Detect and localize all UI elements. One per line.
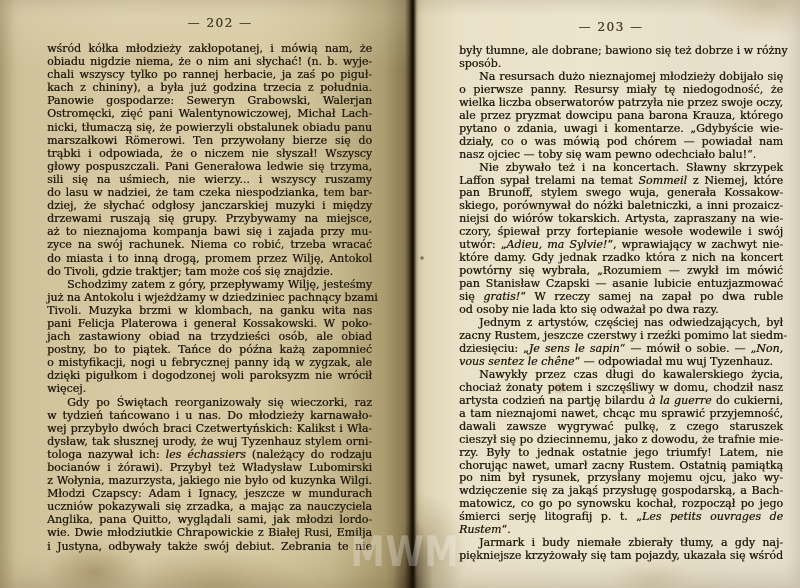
- text-line: sili się na uśmiech, nie wierzy... i wsz…: [47, 173, 372, 186]
- text-line: tologa nazywał ich: les échassiers (nale…: [47, 448, 372, 461]
- text-line: wie. Dwie młodziutkie Chrapowickie z Bia…: [47, 526, 372, 539]
- text-line: zyce na swój rachunek. Niema co robić, t…: [47, 238, 372, 251]
- text-line: Młodzi Czapscy: Adam i Ignacy, jeszcze w…: [47, 487, 372, 500]
- text-line: aż to nieznajoma kompanja bawi się i zaj…: [47, 225, 372, 238]
- text-line: Gdy po Świętach reorganizowały się wiecz…: [47, 396, 372, 409]
- text-line: do miasta i to inną drogą, promem przez …: [47, 252, 372, 265]
- text-line: chali wszyscy tylko po rannej herbacie, …: [47, 68, 372, 81]
- text-line: Nawykły przez czas długi do kawalerskieg…: [459, 369, 783, 382]
- text-line: były tłumne, ale dobrane; bawiono się te…: [459, 45, 783, 58]
- text-line: obiadu nigdzie niema, że o nim ani słych…: [47, 55, 372, 68]
- gutter-shadow: [386, 462, 438, 588]
- text-line: rzy. Były to jednak ostatnie jego triumf…: [459, 447, 783, 460]
- text-line: piękniejsze krzyżowały się tam pojazdy, …: [459, 550, 783, 563]
- text-line: dziej, że słychać odgłosy janczarskiej m…: [47, 199, 372, 212]
- text-line: i Justyna, odbywały także swój debiut. Z…: [47, 540, 372, 553]
- text-line: głowy pospuszczali. Pani Generałowa ledw…: [47, 160, 372, 173]
- page-left: — 202 — wśród kółka młodzieży zakłopotan…: [0, 0, 413, 588]
- text-line: artysta codzień na partję bilardu à la g…: [459, 395, 783, 408]
- text-line: śmierci serję litografij p. t. „Les peti…: [459, 511, 783, 537]
- text-line: Na resursach dużo nieznajomej młodzieży …: [459, 71, 783, 84]
- text-line: działy, co o was mówią pod chórem — powi…: [459, 136, 783, 149]
- text-line: a tam nieznajomi nawet, chcąc mu sprawić…: [459, 408, 783, 421]
- text-line: w tydzień tańcowano i u nas. Do młodzież…: [47, 409, 372, 422]
- text-line: Nie zbywało też i na koncertach. Sławny …: [459, 162, 783, 175]
- text-line: drzewami ruszają się grupy. Przybywamy n…: [47, 212, 372, 225]
- right-page-text: były tłumne, ale dobrane; bawiono się te…: [459, 45, 783, 563]
- text-line: już na Antokolu i wjeżdżamy w dziedzinie…: [47, 291, 372, 304]
- text-line: pytano o zdania, uwagi i komentarze. „Gd…: [459, 123, 783, 136]
- text-line: sposób.: [459, 58, 783, 71]
- text-line: marszałkowi Römerowi. Ten przywołany bie…: [47, 134, 372, 147]
- text-line: wśród kółka młodzieży zakłopotanej, i mó…: [47, 42, 372, 55]
- text-line: bocianów i żórawi). Przybył też Władysła…: [47, 461, 372, 474]
- text-line: Anglika, pana Quitto, wyglądali sami, ja…: [47, 513, 372, 526]
- left-page-text: wśród kółka młodzieży zakłopotanej, i mó…: [47, 42, 372, 553]
- text-line: wej przybyło dwóch braci Czetwertyńskich…: [47, 422, 372, 435]
- text-line: trąbki i odpowiada, że o niczem nie słys…: [47, 147, 372, 160]
- text-line: z Wołynia, mazurzysta, jakiego nie było …: [47, 474, 372, 487]
- text-line: ale przez pryzmat dowcipu pana barona Kr…: [459, 110, 783, 123]
- text-line: o mistyfikacji, nogi u febrycznej panny …: [47, 356, 372, 369]
- text-line: nicki, tłumaczą się, że powierzyli obsta…: [47, 121, 372, 134]
- text-line: zacny Rustem, jeszcze czerstwy i rzeźki …: [459, 330, 783, 343]
- book-scan: — 202 — wśród kółka młodzieży zakłopotan…: [0, 0, 800, 588]
- text-line: vous sentez le chêne“ — odpowiadał mu wu…: [459, 356, 783, 369]
- text-line: uczniów pokazywali się zrzadka, a mając …: [47, 500, 372, 513]
- text-line: chociaż żonaty potem i szczęśliwy w domu…: [459, 382, 783, 395]
- text-line: do lasu w nadziei, że tam czeka niespodz…: [47, 186, 372, 199]
- text-line: cieszył się po dziecinnemu, jako z dowod…: [459, 434, 783, 447]
- text-line: o pierwsze panny. Resursy miały tę niedo…: [459, 84, 783, 97]
- text-line: jach zastawiony obiad na trzydzieści osó…: [47, 330, 372, 343]
- text-line: dysław, tak słusznej urody, że wuj Tyzen…: [47, 435, 372, 448]
- text-line: nasz ojciec — toby się wam pewno odechci…: [459, 149, 783, 162]
- text-line: Tivoli. Muzyka brzmi w klombach, na gank…: [47, 304, 372, 317]
- text-line: do Tivoli, gdzie traktjer; tam może coś …: [47, 265, 372, 278]
- page-number-left: — 202 —: [145, 16, 295, 30]
- text-line: pani Felicja Platerowa i generał Kossako…: [47, 317, 372, 330]
- text-line: wielka liczba obserwatorów patrzyła nie …: [459, 97, 783, 110]
- page-number-right: — 203 —: [536, 20, 686, 34]
- text-line: Schodzimy zatem z góry, przepływamy Wilj…: [47, 278, 372, 291]
- text-line: Panowie gospodarze: Seweryn Grabowski, W…: [47, 94, 372, 107]
- text-line: dawali zawsze wygrywać pulkę, z czego st…: [459, 421, 783, 434]
- text-line: więcej.: [47, 382, 372, 395]
- page-right: — 203 — były tłumne, ale dobrane; bawion…: [413, 0, 800, 588]
- text-line: kach z chininy), a była już godzina trze…: [47, 81, 372, 94]
- text-line: postny, bo to piątek. Tańce do późna każ…: [47, 343, 372, 356]
- text-line: dzięki pigułkom i dogodzonej woli paroks…: [47, 369, 372, 382]
- text-line: Ostromęcki, zięć pani Walentynowiczowej,…: [47, 107, 372, 120]
